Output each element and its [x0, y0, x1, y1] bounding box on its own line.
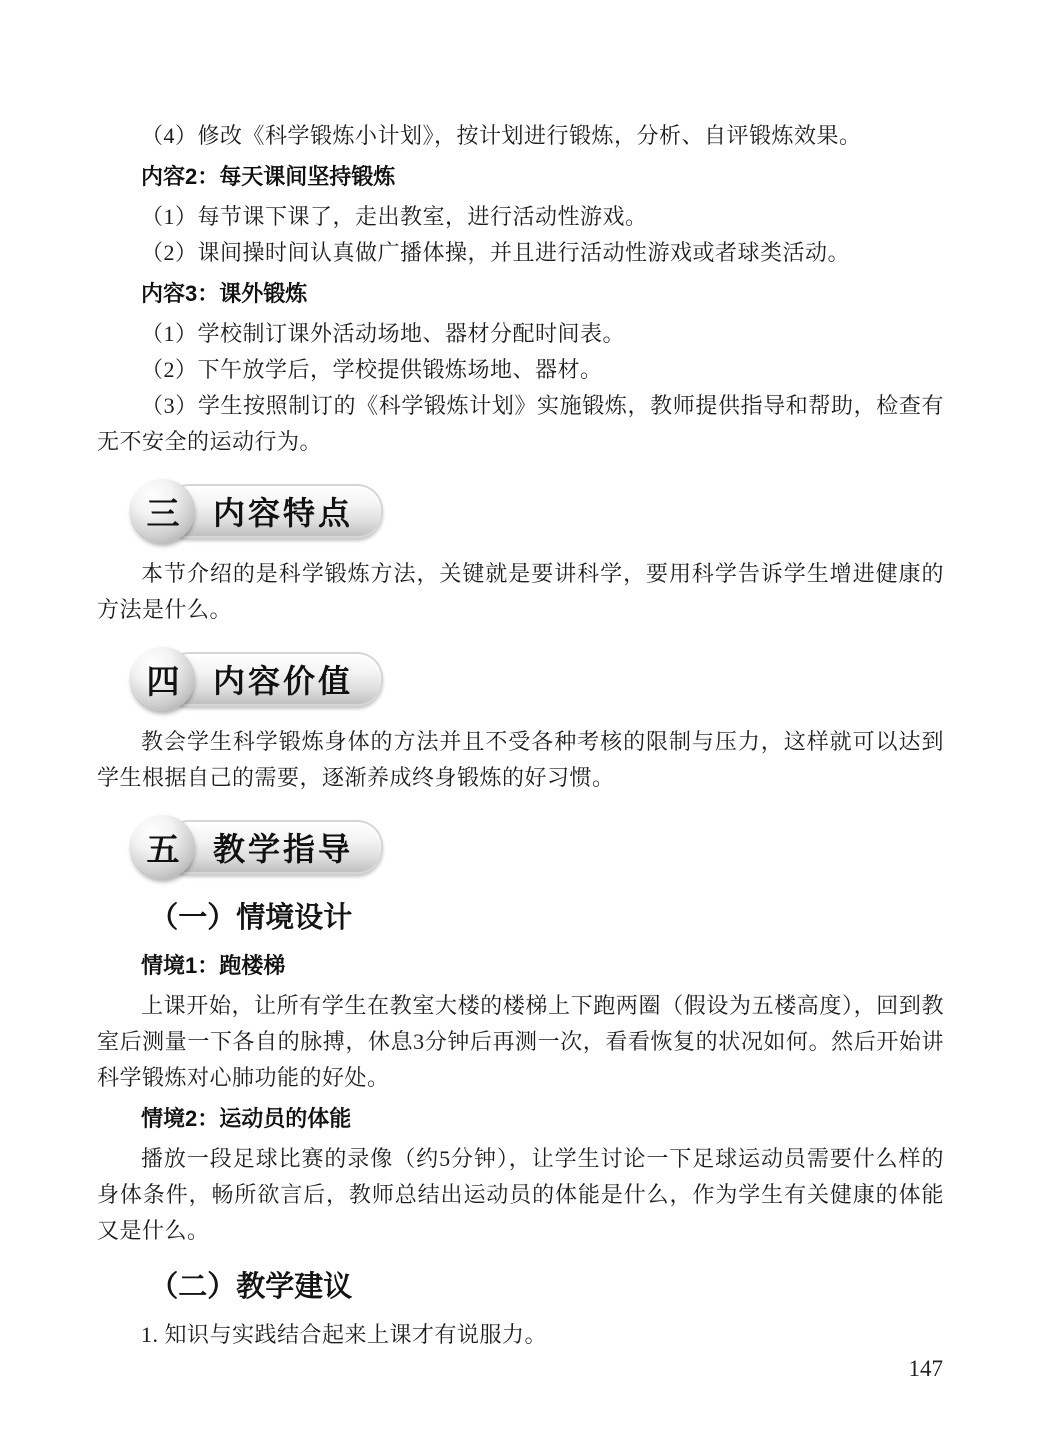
advice-item-1: 1. 知识与实践结合起来上课才有说服力。	[97, 1317, 944, 1353]
scenario-1-heading: 情境1：跑楼梯	[97, 948, 944, 984]
section-number-badge: 五	[131, 815, 195, 879]
section-title: 教学指导	[163, 820, 383, 874]
section-4-body: 教会学生科学锻炼身体的方法并且不受各种考核的限制与压力，这样就可以达到学生根据自…	[97, 724, 944, 796]
list-item-4: （4）修改《科学锻炼小计划》，按计划进行锻炼，分析、自评锻炼效果。	[97, 118, 944, 154]
page-content: （4）修改《科学锻炼小计划》，按计划进行锻炼，分析、自评锻炼效果。 内容2：每天…	[97, 118, 944, 1353]
subsection-2-heading: （二）教学建议	[97, 1265, 944, 1309]
section-heading-3: 三 内容特点	[131, 478, 944, 544]
content3-heading: 内容3：课外锻炼	[97, 276, 944, 312]
section-number-badge: 四	[131, 647, 195, 711]
book-page: （4）修改《科学锻炼小计划》，按计划进行锻炼，分析、自评锻炼效果。 内容2：每天…	[0, 0, 1038, 1452]
scenario-1-body: 上课开始，让所有学生在教室大楼的楼梯上下跑两圈（假设为五楼高度），回到教室后测量…	[97, 988, 944, 1096]
subsection-1-heading: （一）情境设计	[97, 896, 944, 940]
section-number-badge: 三	[131, 479, 195, 543]
content3-item-3: （3）学生按照制订的《科学锻炼计划》实施锻炼，教师提供指导和帮助，检查有无不安全…	[97, 388, 944, 460]
section-heading-5: 五 教学指导	[131, 814, 944, 880]
section-title: 内容特点	[163, 484, 383, 538]
content2-item-1: （1）每节课下课了，走出教室，进行活动性游戏。	[97, 199, 944, 235]
section-title: 内容价值	[163, 652, 383, 706]
content2-heading: 内容2：每天课间坚持锻炼	[97, 159, 944, 195]
section-heading-4: 四 内容价值	[131, 646, 944, 712]
content3-item-1: （1）学校制订课外活动场地、器材分配时间表。	[97, 316, 944, 352]
page-number: 147	[909, 1356, 944, 1382]
scenario-2-body: 播放一段足球比赛的录像（约5分钟），让学生讨论一下足球运动员需要什么样的身体条件…	[97, 1141, 944, 1249]
scenario-2-heading: 情境2：运动员的体能	[97, 1101, 944, 1137]
content3-item-2: （2）下午放学后，学校提供锻炼场地、器材。	[97, 352, 944, 388]
content2-item-2: （2）课间操时间认真做广播体操，并且进行活动性游戏或者球类活动。	[97, 235, 944, 271]
section-3-body: 本节介绍的是科学锻炼方法，关键就是要讲科学，要用科学告诉学生增进健康的方法是什么…	[97, 556, 944, 628]
